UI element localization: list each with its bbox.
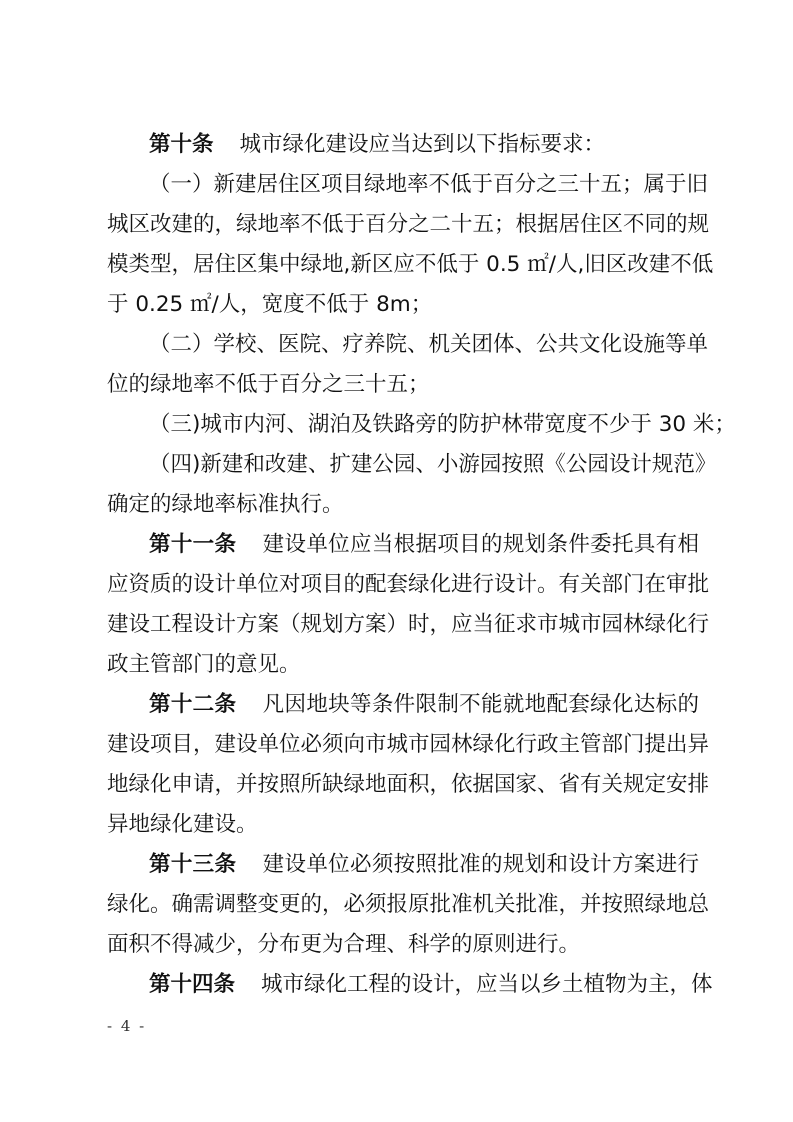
- article-11-line-2: 应资质的设计单位对项目的配套绿化进行设计。有关部门在审批: [107, 565, 699, 605]
- article-14-line-1: 第十四条城市绿化工程的设计，应当以乡土植物为主，体: [107, 965, 699, 1005]
- article-12-line-4: 异地绿化建设。: [107, 805, 699, 845]
- article-12-line-1: 第十二条凡因地块等条件限制不能就地配套绿化达标的: [107, 685, 699, 725]
- article-12-line-2: 建设项目，建设单位必须向市城市园林绿化行政主管部门提出异: [107, 725, 699, 765]
- article-13-line-1: 第十三条建设单位必须按照批准的规划和设计方案进行: [107, 845, 699, 885]
- article-11-line-3: 建设工程设计方案（规划方案）时，应当征求市城市园林绿化行: [107, 605, 699, 645]
- item-1-line-3: 模类型，居住区集中绿地,新区应不低于 0.5 ㎡/人,旧区改建不低: [107, 245, 699, 285]
- item-1-line-2: 城区改建的，绿地率不低于百分之二十五；根据居住区不同的规: [107, 205, 699, 245]
- item-2-line-2: 位的绿地率不低于百分之三十五；: [107, 365, 699, 405]
- article-11-line-1: 第十一条建设单位应当根据项目的规划条件委托具有相: [107, 525, 699, 565]
- article-text: 建设单位必须按照批准的规划和设计方案进行: [262, 852, 699, 877]
- article-text: 建设单位应当根据项目的规划条件委托具有相: [262, 532, 699, 557]
- article-12-line-3: 地绿化申请，并按照所缺绿地面积，依据国家、省有关规定安排: [107, 765, 699, 805]
- item-4-line-2: 确定的绿地率标准执行。: [107, 485, 699, 525]
- article-heading: 第十四条: [149, 972, 235, 997]
- item-2-line-1: （二）学校、医院、疗养院、机关团体、公共文化设施等单: [107, 325, 699, 365]
- item-1-line-4: 于 0.25 ㎡/人，宽度不低于 8m；: [107, 285, 699, 325]
- article-13-line-3: 面积不得减少，分布更为合理、科学的原则进行。: [107, 925, 699, 965]
- article-text: 城市绿化工程的设计，应当以乡土植物为主，体: [261, 972, 713, 997]
- article-13-line-2: 绿化。确需调整变更的，必须报原批准机关批准，并按照绿地总: [107, 885, 699, 925]
- item-3-line-1: （三)城市内河、湖泊及铁路旁的防护林带宽度不少于 30 米；: [107, 405, 699, 445]
- article-heading: 第十二条: [149, 692, 236, 717]
- article-text: 凡因地块等条件限制不能就地配套绿化达标的: [262, 692, 699, 717]
- page-number: - 4 -: [107, 1017, 146, 1035]
- article-heading: 第十三条: [149, 852, 236, 877]
- article-heading: 第十条: [149, 132, 214, 157]
- document-page: 第十条城市绿化建设应当达到以下指标要求： （一）新建居住区项目绿地率不低于百分之…: [107, 125, 699, 1005]
- article-10-line-1: 第十条城市绿化建设应当达到以下指标要求：: [107, 125, 699, 165]
- item-4-line-1: （四)新建和改建、扩建公园、小游园按照《公园设计规范》: [107, 445, 699, 485]
- article-text: 城市绿化建设应当达到以下指标要求：: [240, 132, 606, 157]
- item-1-line-1: （一）新建居住区项目绿地率不低于百分之三十五；属于旧: [107, 165, 699, 205]
- article-11-line-4: 政主管部门的意见。: [107, 645, 699, 685]
- article-heading: 第十一条: [149, 532, 236, 557]
